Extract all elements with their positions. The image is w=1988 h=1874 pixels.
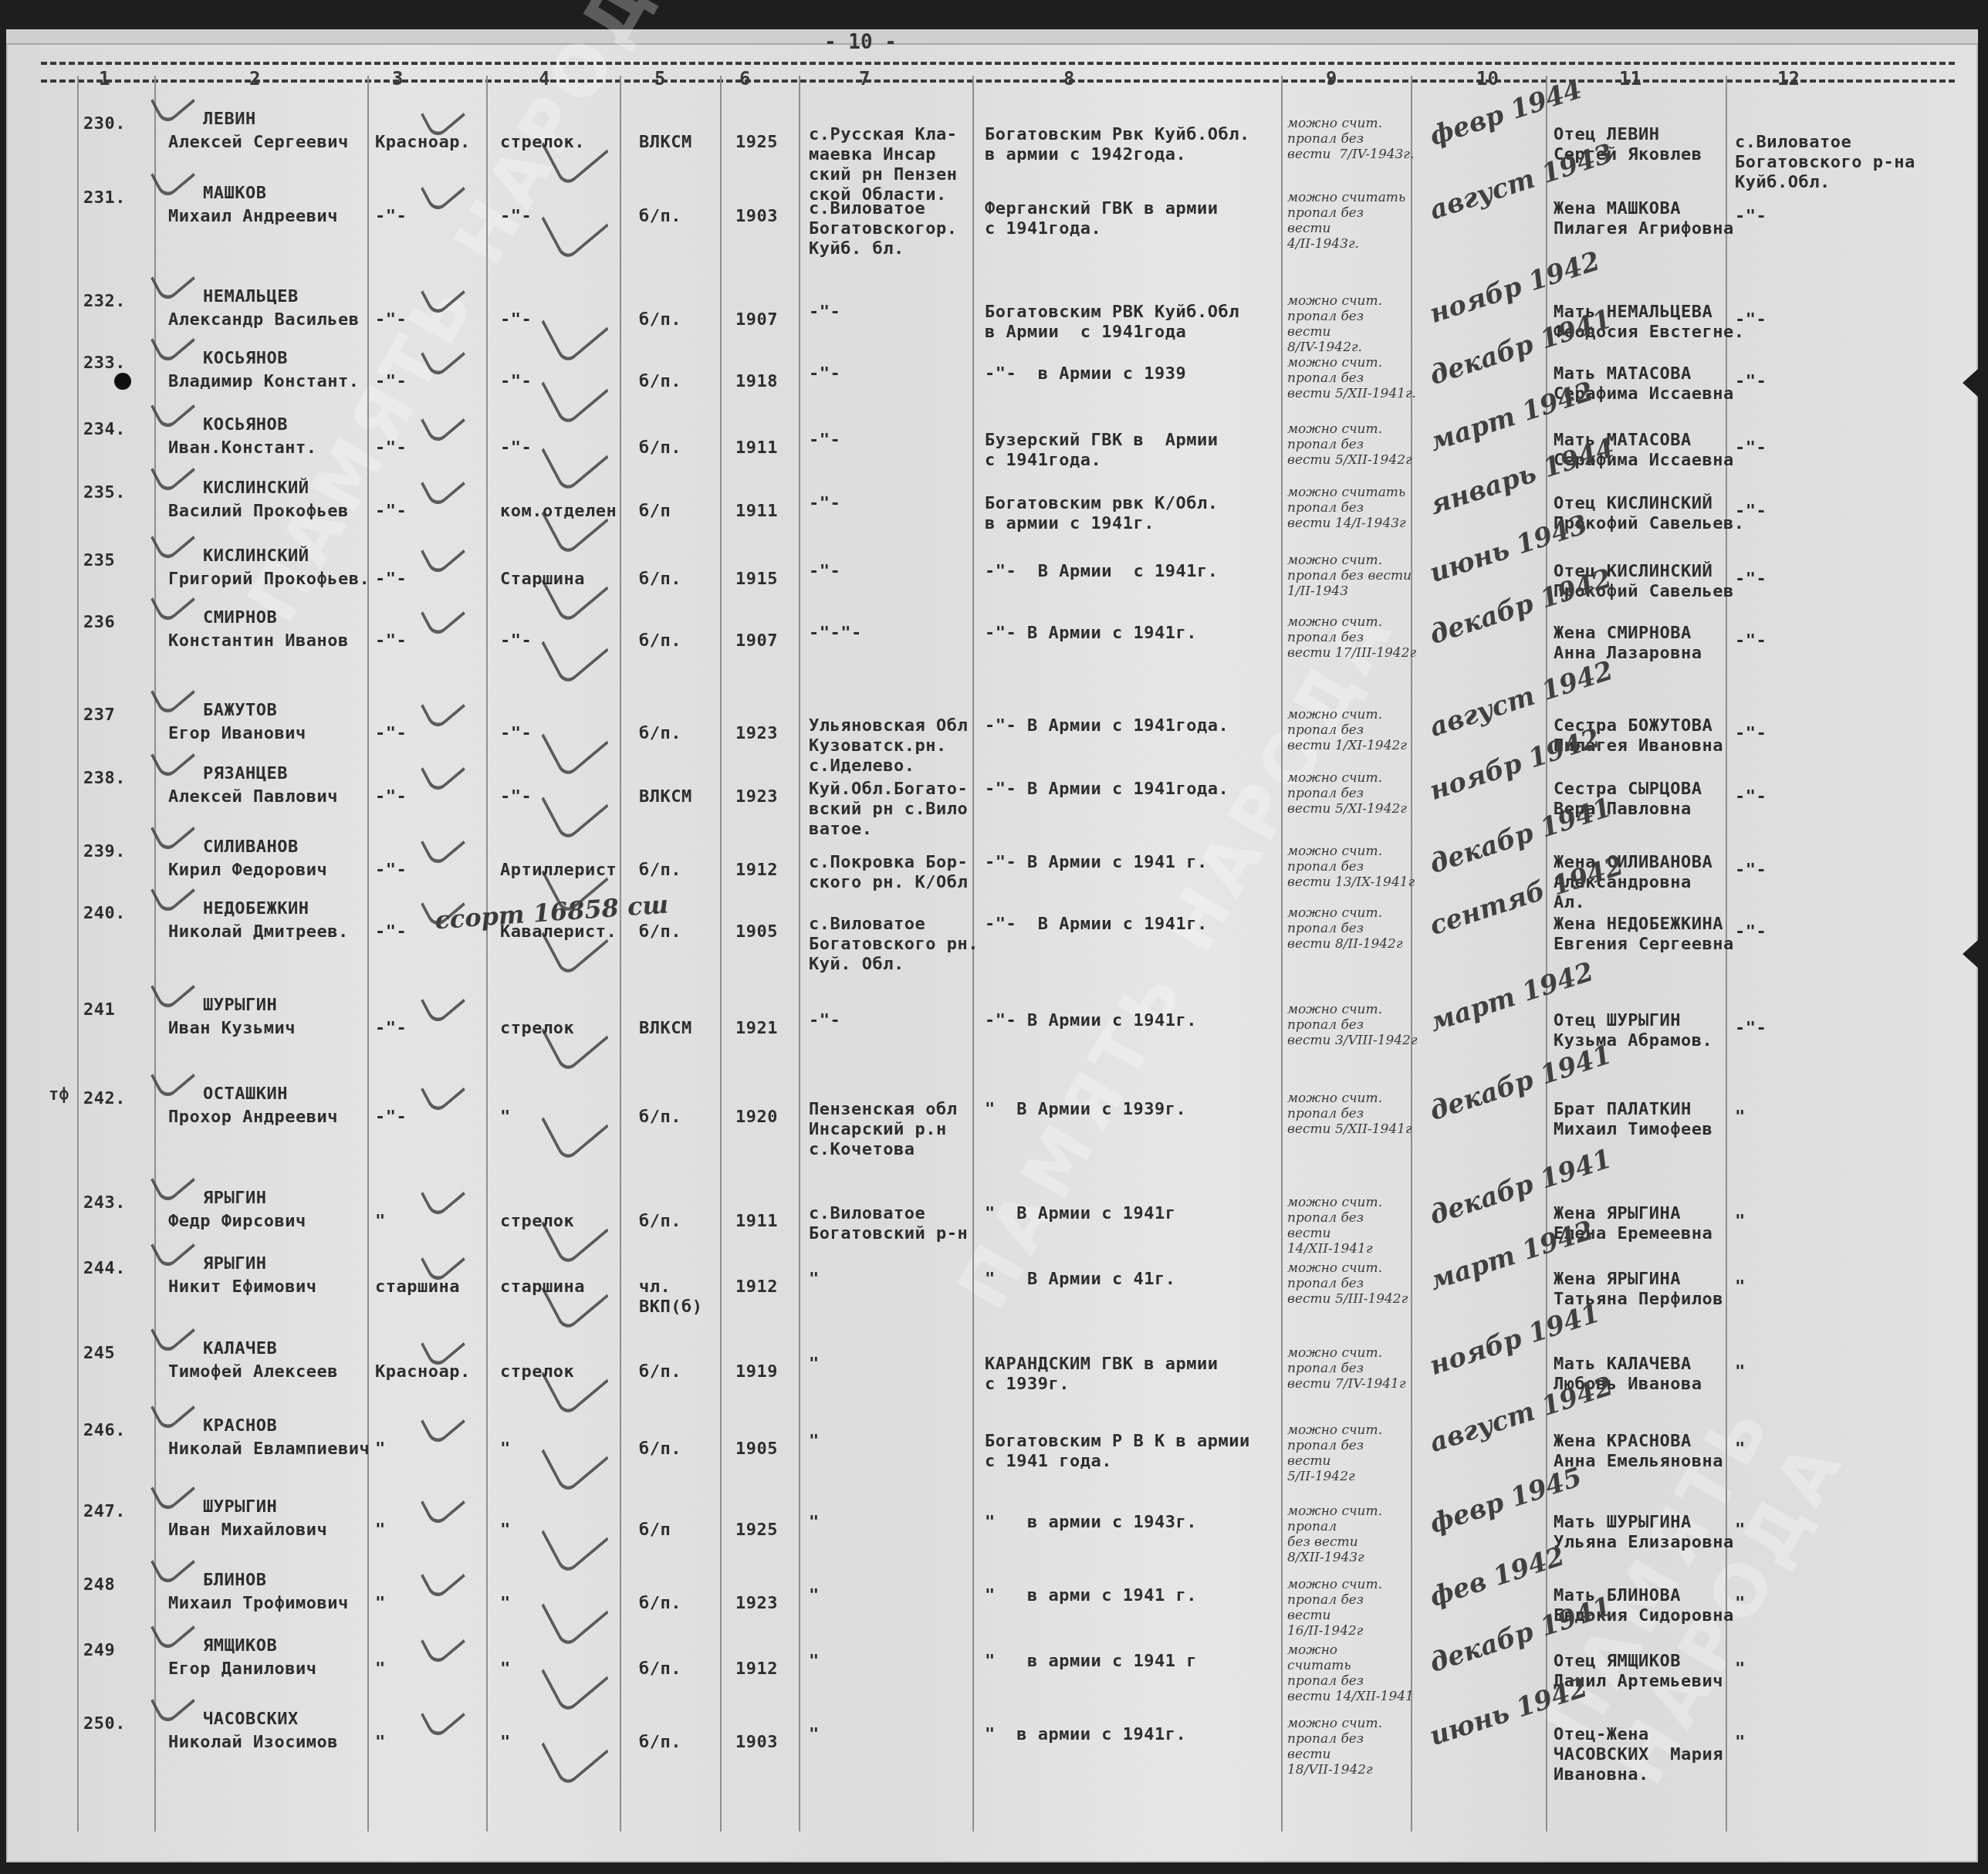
position: стрелок <box>500 1362 574 1382</box>
checkmark-icon <box>421 163 465 215</box>
next-of-kin: Отец ШУРЫГИН Кузьма Абрамов. <box>1554 1011 1712 1051</box>
column-divider <box>1411 76 1412 1832</box>
given-name-patronymic: Прохор Андреевич <box>168 1108 338 1128</box>
header-rule-bottom <box>41 79 1955 83</box>
drafted-by: -"- В Армии с 1941г. <box>985 562 1218 582</box>
position: стрелок <box>500 1212 574 1232</box>
checkmark-icon <box>421 266 465 319</box>
missing-status-note: можно счит. пропал без вести 8/II-1942г <box>1287 905 1403 952</box>
column-number: 7 <box>859 68 870 90</box>
given-name-patronymic: Николай Дмитреев. <box>168 922 349 942</box>
military-rank: -"- <box>375 570 407 590</box>
military-rank: -"- <box>375 724 407 744</box>
header-rule-top <box>41 62 1955 65</box>
birth-year: 1903 <box>735 1733 778 1753</box>
next-of-kin-address: " <box>1735 1108 1746 1128</box>
given-name-patronymic: Егор Данилович <box>168 1659 316 1679</box>
archival-document-sheet: - 10 - ПАМЯТЬ НАРОДА ПАМЯТЬ НАРОДА ПАМЯТ… <box>6 29 1978 1862</box>
surname: КОСЬЯНОВ <box>203 349 288 369</box>
birthplace: -"-"- <box>809 624 862 644</box>
birthplace: -"- <box>809 303 840 323</box>
drafted-by: " в армии с 1941 г <box>985 1652 1197 1672</box>
checkmark-icon <box>421 1550 465 1602</box>
next-of-kin-address: -"- <box>1735 1019 1767 1039</box>
party-membership: б/п. <box>639 861 681 881</box>
given-name-patronymic: Константин Иванов <box>168 631 349 651</box>
record-number: 232. <box>83 292 126 312</box>
party-membership: б/п. <box>639 1594 681 1614</box>
checkmark-icon <box>150 1536 195 1588</box>
birth-year: 1915 <box>735 570 778 590</box>
paper-tear <box>1963 369 1978 397</box>
record-number: 240. <box>83 904 126 924</box>
birth-year: 1911 <box>735 502 778 522</box>
birthplace: " <box>809 1725 820 1745</box>
given-name-patronymic: Егор Иванович <box>168 724 306 744</box>
birthplace: " <box>809 1513 820 1533</box>
missing-status-note: можно считать пропал без вести 4/II-1943… <box>1287 190 1405 252</box>
birth-year: 1923 <box>735 724 778 744</box>
position: -"- <box>500 207 532 227</box>
checkmark-icon <box>541 1495 608 1576</box>
birthplace: с.Виловатое Богатовского рн. Куй. Обл. <box>809 915 979 975</box>
next-of-kin-address: -"- <box>1735 502 1767 522</box>
birthplace: -"- <box>809 431 840 451</box>
checkmark-icon <box>421 458 465 510</box>
party-membership: б/п. <box>639 1439 681 1460</box>
given-name-patronymic: Михаил Андреевич <box>168 207 338 227</box>
party-membership: б/п <box>639 502 671 522</box>
position: " <box>500 1108 511 1128</box>
given-name-patronymic: Николай Изосимов <box>168 1733 338 1753</box>
missing-status-note: можно счит. пропал без вести 7/IV-1943г. <box>1287 116 1414 162</box>
given-name-patronymic: Григорий Прокофьев. <box>168 570 370 590</box>
military-rank: -"- <box>375 372 407 392</box>
drafted-by: -"- В Армии с 1941 г. <box>985 853 1208 873</box>
record-number: 235. <box>83 483 126 503</box>
military-rank: -"- <box>375 1108 407 1128</box>
birthplace: с.Покровка Бор- ского рн. К/Обл <box>809 853 968 893</box>
military-rank: -"- <box>375 207 407 227</box>
checkmark-icon <box>541 606 608 687</box>
surname: НЕМАЛЬЦЕВ <box>203 287 299 307</box>
next-of-kin-address: -"- <box>1735 310 1767 330</box>
surname: ЯМЩИКОВ <box>203 1636 277 1656</box>
record-number: 247. <box>83 1502 126 1522</box>
position: " <box>500 1733 511 1753</box>
birth-year: 1918 <box>735 372 778 392</box>
column-number: 8 <box>1063 68 1074 90</box>
record-number: 242. <box>83 1089 126 1109</box>
birthplace: Пензенская обл Инсарский р.н с.Кочетова <box>809 1100 957 1160</box>
missing-status-note: можно считать пропал без вести 14/I-1943… <box>1287 485 1406 531</box>
next-of-kin-address: " <box>1735 1212 1746 1232</box>
next-of-kin-address: " <box>1735 1733 1746 1753</box>
party-membership: б/п. <box>639 1108 681 1128</box>
birthplace: " <box>809 1652 820 1672</box>
column-number: 4 <box>539 68 549 90</box>
missing-status-note: можно счит. пропал без вести 5/XII-1941г… <box>1287 355 1416 401</box>
birthplace: -"- <box>809 494 840 514</box>
birth-year: 1925 <box>735 133 778 153</box>
military-rank: -"- <box>375 502 407 522</box>
page-number: - 10 - <box>824 31 897 54</box>
paper-tear <box>1963 940 1978 968</box>
position: -"- <box>500 724 532 744</box>
birthplace: Куй.Обл.Богато- вский рн с.Вило ватое. <box>809 780 968 840</box>
missing-status-note: можно счит. пропал без вести 8/XII-1943г <box>1287 1504 1382 1565</box>
surname: МАШКОВ <box>203 184 266 204</box>
birthplace: -"- <box>809 1011 840 1031</box>
column-number: 9 <box>1326 68 1337 90</box>
missing-status-note: можно счит. пропал без вести 5/XII-1941г <box>1287 1091 1412 1137</box>
given-name-patronymic: Владимир Констант. <box>168 372 359 392</box>
column-divider <box>486 76 488 1832</box>
record-number: 230. <box>83 114 126 134</box>
record-number: 233. <box>83 353 126 374</box>
missing-status-note: можно счит. пропал без вести 5/III-1942г <box>1287 1260 1408 1307</box>
column-number: 10 <box>1476 68 1499 90</box>
surname: ШУРЫГИН <box>203 996 277 1016</box>
checkmark-icon <box>150 1154 195 1206</box>
next-of-kin-address: " <box>1735 1594 1746 1614</box>
birthplace: " <box>809 1432 820 1452</box>
column-number: 1 <box>99 68 110 90</box>
record-number: 239. <box>83 842 126 862</box>
checkmark-icon <box>421 1689 465 1741</box>
drafted-by: " В Армии с 1939г. <box>985 1100 1186 1120</box>
drafted-by: -"- В Армии с 1941года. <box>985 780 1229 800</box>
birth-year: 1905 <box>735 1439 778 1460</box>
party-membership: б/п. <box>639 631 681 651</box>
position: " <box>500 1594 511 1614</box>
birth-year: 1907 <box>735 631 778 651</box>
checkmark-icon <box>421 1168 465 1220</box>
checkmark-icon <box>421 817 465 869</box>
party-membership: б/п <box>639 1521 671 1541</box>
checkmark-icon <box>421 743 465 796</box>
party-membership: б/п. <box>639 438 681 458</box>
given-name-patronymic: Алексей Павлович <box>168 787 338 807</box>
punch-hole <box>114 373 131 390</box>
next-of-kin-address: " <box>1735 1277 1746 1297</box>
next-of-kin-address: -"- <box>1735 372 1767 392</box>
birthplace: " <box>809 1270 820 1290</box>
next-of-kin: Жена КРАСНОВА Анна Емельяновна <box>1554 1432 1723 1472</box>
checkmark-icon <box>150 1675 195 1727</box>
party-membership: ВЛКСМ <box>639 787 692 807</box>
checkmark-icon <box>541 762 608 843</box>
record-number: 250. <box>83 1714 126 1734</box>
page-top-edge <box>6 29 1978 45</box>
position: " <box>500 1659 511 1679</box>
checkmark-icon <box>541 413 608 494</box>
given-name-patronymic: Тимофей Алексеев <box>168 1362 338 1382</box>
record-number: 248 <box>83 1575 115 1595</box>
position: -"- <box>500 787 532 807</box>
missing-status-note: можно счит. пропал без вести 5/II-1942г <box>1287 1422 1382 1484</box>
military-rank: " <box>375 1521 386 1541</box>
party-membership: б/п. <box>639 570 681 590</box>
checkmark-icon <box>150 149 195 201</box>
birth-year: 1923 <box>735 1594 778 1614</box>
military-rank: старшина <box>375 1277 460 1297</box>
column-number: 12 <box>1777 68 1800 90</box>
drafted-by: -"- В Армии с 1941г. <box>985 915 1208 935</box>
next-of-kin-address: " <box>1735 1362 1746 1382</box>
birth-year: 1911 <box>735 438 778 458</box>
surname: РЯЗАНЦЕВ <box>203 764 288 784</box>
column-divider <box>720 76 722 1832</box>
checkmark-icon <box>150 666 195 719</box>
checkmark-icon <box>421 328 465 381</box>
next-of-kin: Отец-Жена ЧАСОВСКИХ Мария Ивановна. <box>1554 1725 1723 1785</box>
checkmark-icon <box>421 1395 465 1448</box>
record-number: 238. <box>83 769 126 789</box>
drafted-by: " в армии с 1941г. <box>985 1725 1186 1745</box>
column-divider <box>77 76 79 1832</box>
next-of-kin-address: с.Виловатое Богатовского р-на Куйб.Обл. <box>1735 133 1915 193</box>
record-number: 236 <box>83 613 115 633</box>
checkmark-icon <box>541 1634 608 1715</box>
missing-status-note: можно счит. пропал без вести 3/VIII-1942… <box>1287 1002 1418 1048</box>
given-name-patronymic: Иван Михайлович <box>168 1521 327 1541</box>
next-of-kin: Жена НЕДОБЕЖКИНА Евгения Сергеевна <box>1554 915 1734 955</box>
party-membership: б/п. <box>639 1733 681 1753</box>
birth-year: 1923 <box>735 787 778 807</box>
checkmark-icon <box>150 252 195 305</box>
surname: КРАСНОВ <box>203 1416 277 1436</box>
record-number: 235 <box>83 551 115 571</box>
column-number: 2 <box>249 68 260 90</box>
position: старшина <box>500 1277 585 1297</box>
next-of-kin-address: -"- <box>1735 438 1767 458</box>
position: -"- <box>500 438 532 458</box>
checkmark-icon <box>541 1414 608 1495</box>
military-rank: " <box>375 1733 386 1753</box>
birthplace: -"- <box>809 562 840 582</box>
birth-year: 1925 <box>735 1521 778 1541</box>
position: Артиллерист <box>500 861 617 881</box>
birthplace: " <box>809 1355 820 1375</box>
drafted-by: Ферганский ГВК в армии с 1941года. <box>985 199 1218 239</box>
checkmark-icon <box>541 347 608 428</box>
checkmark-icon <box>421 1064 465 1116</box>
surname: КИСЛИНСКИЙ <box>203 546 309 567</box>
drafted-by: Бузерский ГВК в Армии с 1941года. <box>985 431 1218 471</box>
given-name-patronymic: Николай Евлампиевич <box>168 1439 370 1460</box>
record-number: 237 <box>83 705 115 726</box>
next-of-kin-address: -"- <box>1735 787 1767 807</box>
birth-year: 1912 <box>735 861 778 881</box>
record-number: 231. <box>83 188 126 208</box>
missing-status-note: можно счит. пропал без вести 17/III-1942… <box>1287 614 1416 661</box>
position: " <box>500 1521 511 1541</box>
military-rank: -"- <box>375 922 407 942</box>
checkmark-icon <box>541 1082 608 1163</box>
checkmark-icon <box>421 587 465 640</box>
birth-year: 1905 <box>735 922 778 942</box>
missing-status-note: можно счит. пропал без вести 8/IV-1942г. <box>1287 293 1382 355</box>
position: стрелок. <box>500 133 585 153</box>
birthplace: с.Русская Кла- маевка Инсар ский рн Пенз… <box>809 125 957 205</box>
military-rank: -"- <box>375 438 407 458</box>
missing-status-note: можно счит. пропал без вести 1/XI-1942г <box>1287 707 1407 753</box>
missing-status-note: можно счит. пропал без вести 16/II-1942г <box>1287 1577 1382 1639</box>
military-rank: " <box>375 1439 386 1460</box>
surname: ЯРЫГИН <box>203 1189 266 1209</box>
birth-year: 1912 <box>735 1659 778 1679</box>
drafted-by: " в армии с 1943г. <box>985 1513 1197 1533</box>
next-of-kin: Жена МАШКОВА Пилагея Агрифовна <box>1554 199 1734 239</box>
party-membership: б/п. <box>639 1659 681 1679</box>
checkmark-icon <box>421 526 465 578</box>
birth-year: 1912 <box>735 1277 778 1297</box>
column-number: 6 <box>739 68 750 90</box>
party-membership: ВЛКСМ <box>639 1019 692 1039</box>
column-divider <box>620 76 621 1832</box>
surname: ШУРЫГИН <box>203 1497 277 1517</box>
checkmark-icon <box>541 1568 608 1649</box>
next-of-kin-address: -"- <box>1735 570 1767 590</box>
column-divider <box>367 76 369 1832</box>
missing-status-note: можно счит. пропал без вести 18/VII-1942… <box>1287 1716 1382 1778</box>
record-number: 234. <box>83 420 126 440</box>
record-number: 245 <box>83 1344 115 1364</box>
next-of-kin: Брат ПАЛАТКИН Михаил Тимофеев <box>1554 1100 1712 1140</box>
birthplace: Ульяновская Обл Кузоватск.рн. с.Иделево. <box>809 716 968 776</box>
checkmark-icon <box>421 680 465 732</box>
surname: ЯРЫГИН <box>203 1254 266 1274</box>
birth-year: 1919 <box>735 1362 778 1382</box>
given-name-patronymic: Кирил Федорович <box>168 861 327 881</box>
military-rank: -"- <box>375 861 407 881</box>
birthplace: с.Виловатое Богатовскогор. Куйб. бл. <box>809 199 957 259</box>
drafted-by: " в арми с 1941 г. <box>985 1586 1197 1606</box>
record-number: 243. <box>83 1193 126 1213</box>
birthplace: -"- <box>809 364 840 384</box>
drafted-by: " В Армии с 1941г <box>985 1204 1175 1224</box>
missing-status-note: можно счит. пропал без вести 7/IV-1941г <box>1287 1345 1406 1392</box>
military-rank: " <box>375 1594 386 1614</box>
column-number: 5 <box>654 68 665 90</box>
drafted-by: -"- В Армии с 1941г. <box>985 624 1197 644</box>
column-divider <box>799 76 800 1832</box>
surname: ЧАСОВСКИХ <box>203 1710 299 1730</box>
military-rank: Красноар. <box>375 1362 471 1382</box>
checkmark-icon <box>421 394 465 447</box>
party-membership: б/п. <box>639 922 681 942</box>
position: -"- <box>500 631 532 651</box>
column-number: 11 <box>1619 68 1641 90</box>
party-membership: б/п. <box>639 1212 681 1232</box>
position: ком.отделен <box>500 502 617 522</box>
military-rank: -"- <box>375 310 407 330</box>
position: Кавалерист. <box>500 922 617 942</box>
birth-year: 1911 <box>735 1212 778 1232</box>
drafted-by: КАРАНДСКИМ ГВК в армии с 1939г. <box>985 1355 1218 1395</box>
birthplace: с.Виловатое Богатовский р-н <box>809 1204 968 1244</box>
next-of-kin: Жена СМИРНОВА Анна Лазаровна <box>1554 624 1702 664</box>
margin-mark: тф <box>49 1085 69 1104</box>
checkmark-icon <box>150 75 195 127</box>
military-rank: -"- <box>375 1019 407 1039</box>
column-divider <box>1281 76 1283 1832</box>
missing-status-note: можно счит. пропал без вести 5/XI-1942г <box>1287 770 1407 817</box>
position: -"- <box>500 310 532 330</box>
checkmark-icon <box>150 1050 195 1102</box>
military-rank: -"- <box>375 631 407 651</box>
missing-status-note: можно счит. пропал без вести 13/IX-1941г <box>1287 844 1415 890</box>
checkmark-icon <box>541 181 608 262</box>
party-membership: ВЛКСМ <box>639 133 692 153</box>
surname: ЛЕВИН <box>203 110 256 130</box>
party-membership: б/п. <box>639 310 681 330</box>
missing-status-note: можно счит. пропал без вести 1/II-1943 <box>1287 553 1412 599</box>
position: стрелок <box>500 1019 574 1039</box>
checkmark-icon <box>421 1477 465 1529</box>
surname: БЛИНОВ <box>203 1571 266 1591</box>
checkmark-icon <box>421 1615 465 1668</box>
party-membership: чл. ВКП(б) <box>639 1277 702 1318</box>
surname: БАЖУТОВ <box>203 701 277 721</box>
military-rank: " <box>375 1659 386 1679</box>
surname: ОСТАШКИН <box>203 1084 288 1104</box>
party-membership: б/п. <box>639 207 681 227</box>
given-name-patronymic: Федр Фирсович <box>168 1212 306 1232</box>
checkmark-icon <box>150 1304 195 1357</box>
checkmark-icon <box>150 803 195 855</box>
next-of-kin-address: " <box>1735 1659 1746 1679</box>
given-name-patronymic: Иван Кузьмич <box>168 1019 296 1039</box>
checkmark-icon <box>541 699 608 780</box>
military-rank: -"- <box>375 787 407 807</box>
drafted-by: Богатовским рвк К/Обл. в армии с 1941г. <box>985 494 1218 534</box>
checkmark-icon <box>421 975 465 1027</box>
birth-year: 1921 <box>735 1019 778 1039</box>
next-of-kin-address: -"- <box>1735 724 1767 744</box>
next-of-kin-address: -"- <box>1735 861 1767 881</box>
surname: КАЛАЧЕВ <box>203 1339 277 1359</box>
given-name-patronymic: Иван.Констант. <box>168 438 316 458</box>
record-number: 241 <box>83 1000 115 1020</box>
surname: КИСЛИНСКИЙ <box>203 479 309 499</box>
column-number: 3 <box>392 68 403 90</box>
checkmark-icon <box>150 1463 195 1515</box>
missing-status-note: можно счит. пропал без вести 14/XII-1941… <box>1287 1195 1382 1257</box>
birth-year: 1920 <box>735 1108 778 1128</box>
drafted-by: Богатовским Р В К в армии с 1941 года. <box>985 1432 1250 1472</box>
surname: СМИРНОВ <box>203 608 277 628</box>
next-of-kin-address: -"- <box>1735 207 1767 227</box>
drafted-by: " В Армии с 41г. <box>985 1270 1175 1290</box>
given-name-patronymic: Никит Ефимович <box>168 1277 316 1297</box>
birth-year: 1903 <box>735 207 778 227</box>
position: " <box>500 1439 511 1460</box>
checkmark-icon <box>541 1707 608 1788</box>
next-of-kin-address: " <box>1735 1439 1746 1460</box>
position: Старшина <box>500 570 585 590</box>
military-rank: " <box>375 1212 386 1232</box>
next-of-kin-address: " <box>1735 1521 1746 1541</box>
record-number: 244. <box>83 1259 126 1279</box>
birthplace: " <box>809 1586 820 1606</box>
given-name-patronymic: Василий Прокофьев <box>168 502 349 522</box>
drafted-by: -"- В Армии с 1941года. <box>985 716 1229 736</box>
next-of-kin: Мать ШУРЫГИНА Ульяна Елизаровна <box>1554 1513 1734 1553</box>
surname: СИЛИВАНОВ <box>203 837 299 858</box>
given-name-patronymic: Алексей Сергеевич <box>168 133 349 153</box>
